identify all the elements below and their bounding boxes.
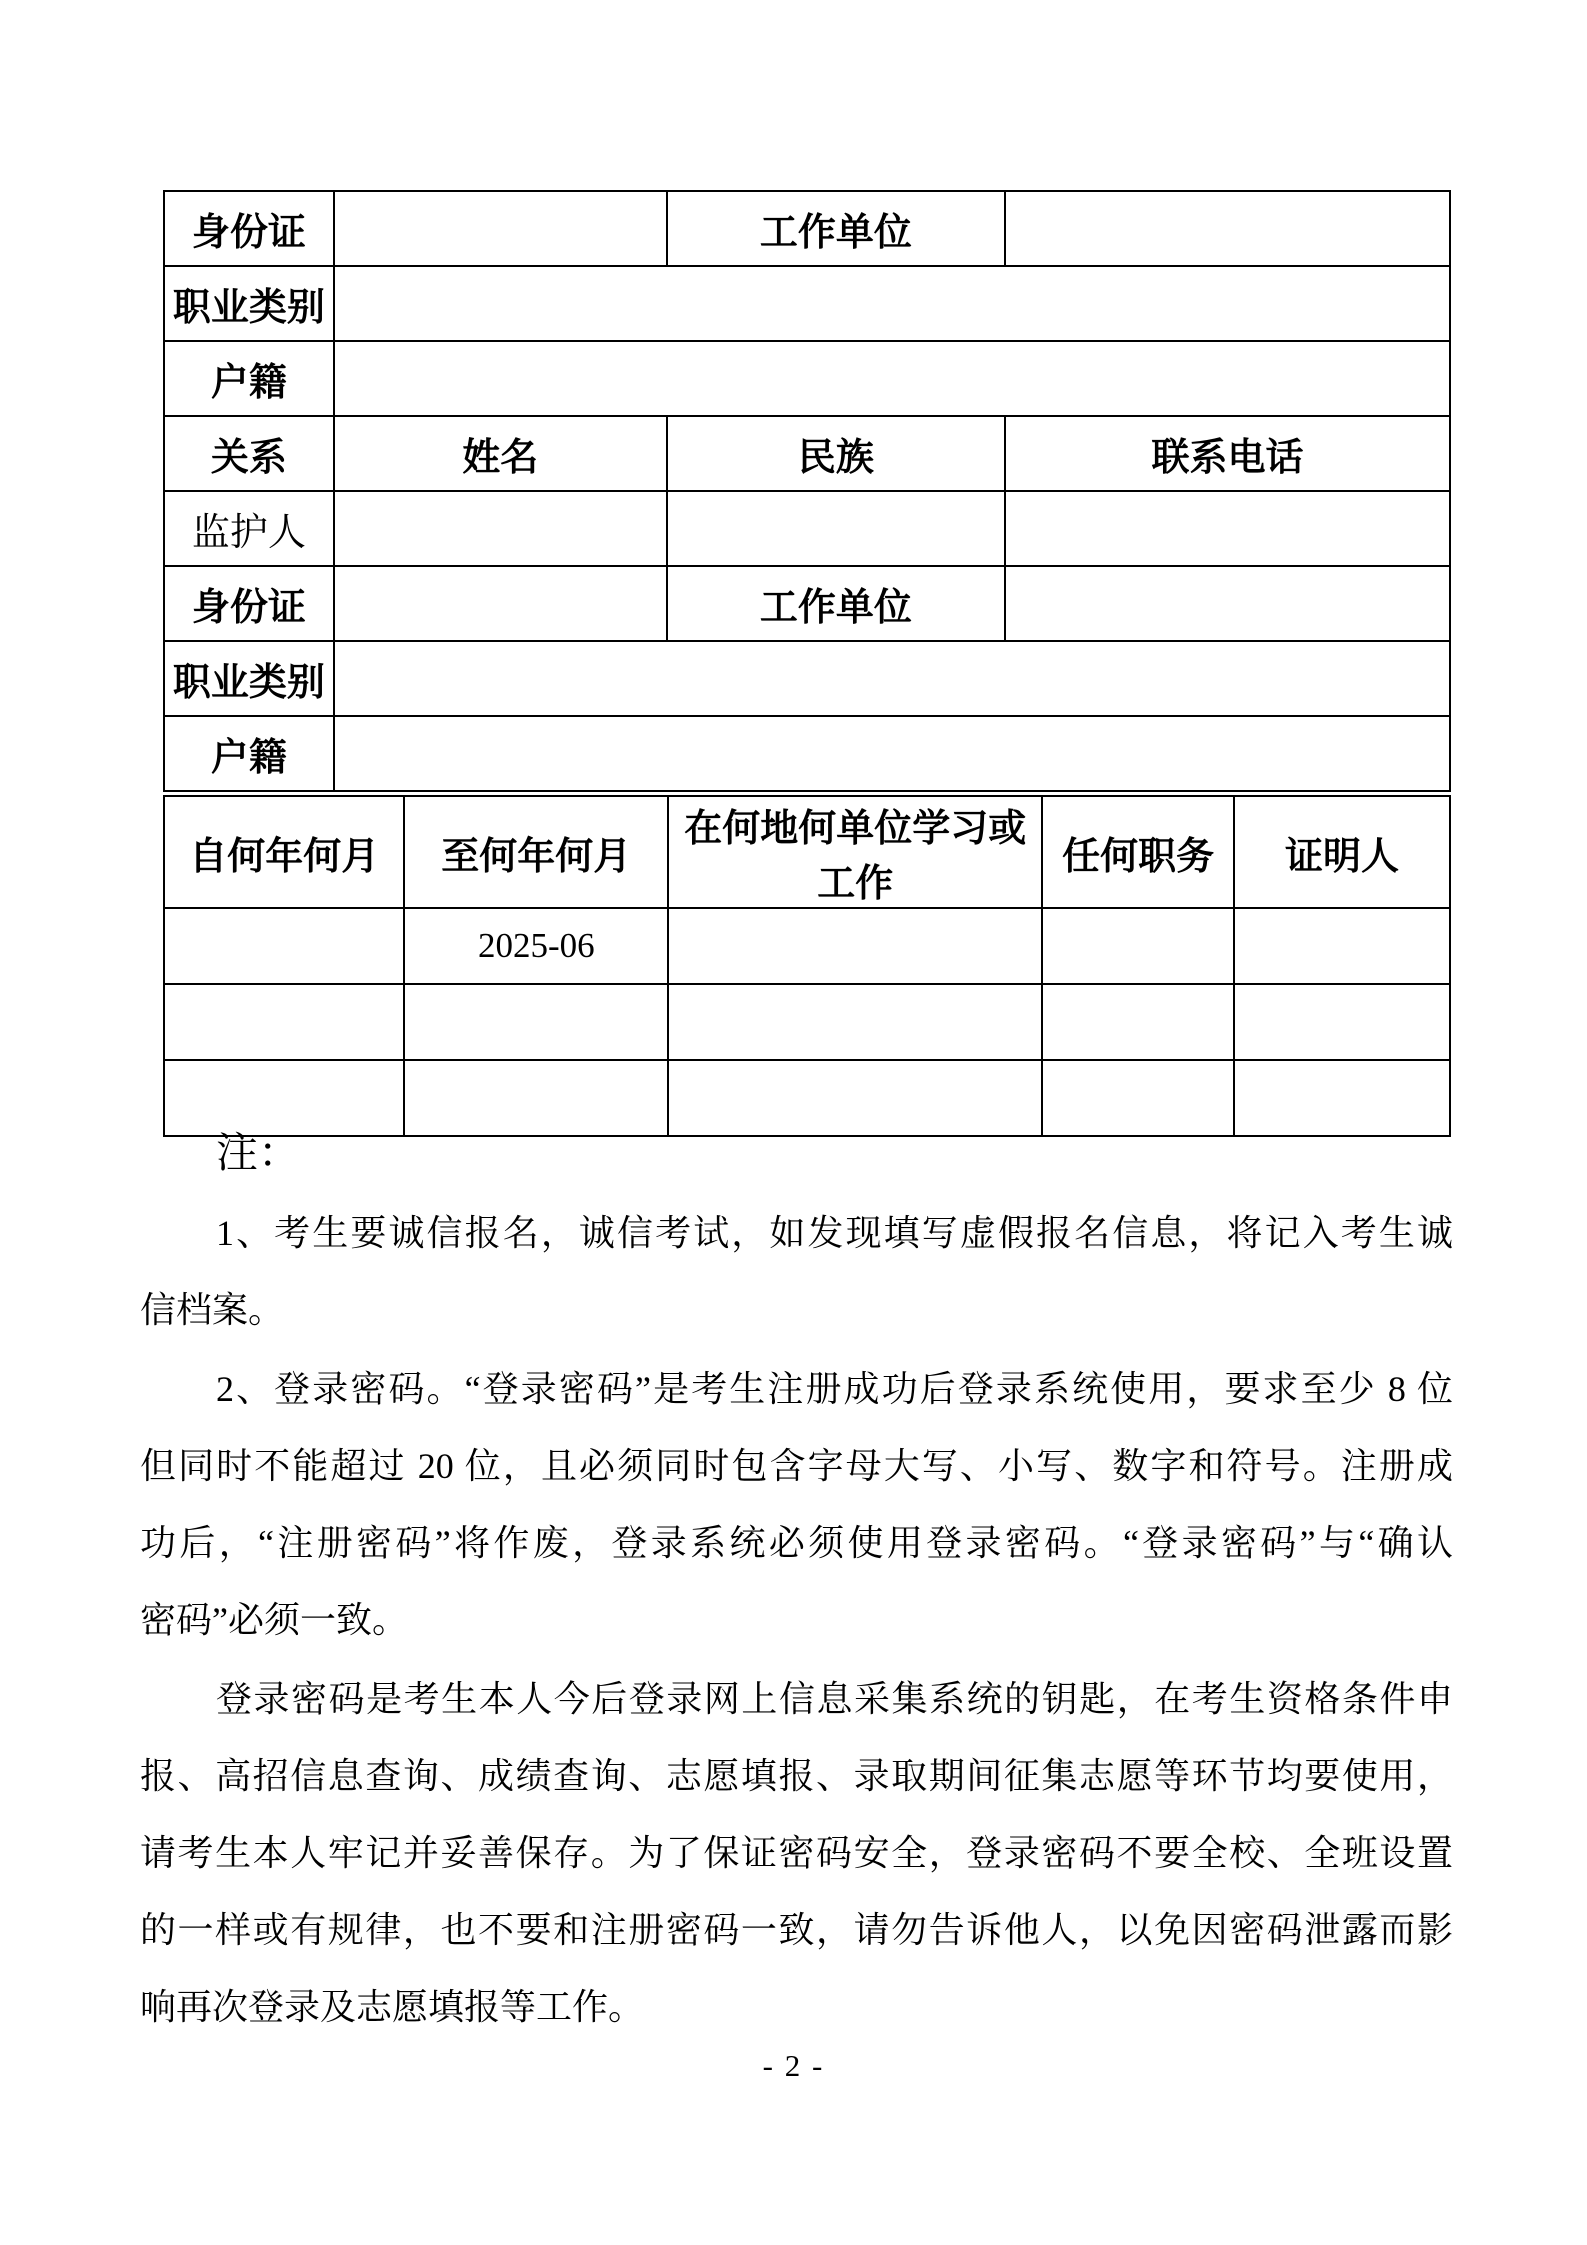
table-row: 户籍	[164, 341, 1450, 416]
study-work-place-cell	[668, 984, 1042, 1060]
note-text-line: 信档案。	[140, 1272, 1453, 1349]
contact-phone-label: 联系电话	[1005, 416, 1450, 491]
guardian-name-cell	[334, 491, 667, 566]
note-text-line: 但同时不能超过 20 位，且必须同时包含字母大写、小写、数字和符号。注册成	[140, 1428, 1453, 1505]
table-row: 监护人	[164, 491, 1450, 566]
from-date-header: 自何年何月	[164, 796, 404, 908]
table-row: 身份证工作单位	[164, 566, 1450, 641]
ethnicity-label: 民族	[667, 416, 1005, 491]
guardian-occupation-type-label: 职业类别	[164, 641, 334, 716]
to-date-value: 2025-06	[404, 908, 668, 984]
document-page: 身份证工作单位职业类别户籍关系姓名民族联系电话监护人身份证工作单位职业类别户籍 …	[0, 0, 1587, 2245]
household-registration-label: 户籍	[164, 341, 334, 416]
name-label: 姓名	[334, 416, 667, 491]
note-text-line: 密码”必须一致。	[140, 1582, 1453, 1659]
study-work-place-cell	[668, 908, 1042, 984]
guardian-work-unit-value-cell	[1005, 566, 1450, 641]
note-text-line: 响再次登录及志愿填报等工作。	[140, 1969, 1453, 2046]
notes-heading: 注：	[140, 1116, 1453, 1193]
id-card-label: 身份证	[164, 191, 334, 266]
guardian-household-registration-value-cell	[334, 716, 1450, 791]
notes-section: 注： 1、考生要诚信报名，诚信考试，如发现填写虚假报名信息，将记入考生诚信档案。…	[140, 1116, 1453, 2046]
table-row: 关系姓名民族联系电话	[164, 416, 1450, 491]
guardian-label: 监护人	[164, 491, 334, 566]
note-paragraph-2: 2、登录密码。“登录密码”是考生注册成功后登录系统使用，要求至少 8 位但同时不…	[140, 1351, 1453, 1659]
note-text-line: 2、登录密码。“登录密码”是考生注册成功后登录系统使用，要求至少 8 位	[140, 1351, 1453, 1428]
study-work-place-header: 在何地何单位学习或工作	[668, 796, 1042, 908]
study-work-history-table: 自何年何月至何年何月在何地何单位学习或工作任何职务证明人2025-06	[163, 795, 1451, 1137]
candidate-family-info-table: 身份证工作单位职业类别户籍关系姓名民族联系电话监护人身份证工作单位职业类别户籍	[163, 190, 1451, 792]
from-date-cell	[164, 984, 404, 1060]
note-text-line: 的一样或有规律，也不要和注册密码一致，请勿告诉他人，以免因密码泄露而影	[140, 1892, 1453, 1969]
reference-cell	[1234, 908, 1450, 984]
occupation-type-value-cell	[334, 266, 1450, 341]
from-date-cell	[164, 908, 404, 984]
position-header: 任何职务	[1042, 796, 1234, 908]
note-text-line: 功后，“注册密码”将作废，登录系统必须使用登录密码。“登录密码”与“确认	[140, 1505, 1453, 1582]
position-cell	[1042, 908, 1234, 984]
table-row: 职业类别	[164, 266, 1450, 341]
guardian-phone-cell	[1005, 491, 1450, 566]
table-row: 自何年何月至何年何月在何地何单位学习或工作任何职务证明人	[164, 796, 1450, 908]
occupation-type-label: 职业类别	[164, 266, 334, 341]
note-text-line: 登录密码是考生本人今后登录网上信息采集系统的钥匙，在考生资格条件申	[140, 1661, 1453, 1738]
reference-header: 证明人	[1234, 796, 1450, 908]
guardian-household-registration-label: 户籍	[164, 716, 334, 791]
reference-cell	[1234, 984, 1450, 1060]
id-card-value-cell	[334, 191, 667, 266]
work-unit-label: 工作单位	[667, 191, 1005, 266]
household-registration-value-cell	[334, 341, 1450, 416]
to-date-header: 至何年何月	[404, 796, 668, 908]
guardian-ethnicity-cell	[667, 491, 1005, 566]
guardian-id-card-value-cell	[334, 566, 667, 641]
table-row: 职业类别	[164, 641, 1450, 716]
relation-label: 关系	[164, 416, 334, 491]
note-text-line: 报、高招信息查询、成绩查询、志愿填报、录取期间征集志愿等环节均要使用，	[140, 1738, 1453, 1815]
work-unit-value-cell	[1005, 191, 1450, 266]
note-text-line: 请考生本人牢记并妥善保存。为了保证密码安全，登录密码不要全校、全班设置	[140, 1815, 1453, 1892]
position-cell	[1042, 984, 1234, 1060]
note-paragraph-3: 登录密码是考生本人今后登录网上信息采集系统的钥匙，在考生资格条件申报、高招信息查…	[140, 1661, 1453, 2046]
to-date-cell	[404, 984, 668, 1060]
page-number: - 2 -	[0, 2048, 1587, 2084]
guardian-work-unit-label: 工作单位	[667, 566, 1005, 641]
guardian-id-card-label: 身份证	[164, 566, 334, 641]
table-row: 户籍	[164, 716, 1450, 791]
table-row: 身份证工作单位	[164, 191, 1450, 266]
guardian-occupation-type-value-cell	[334, 641, 1450, 716]
note-text-line: 1、考生要诚信报名，诚信考试，如发现填写虚假报名信息，将记入考生诚	[140, 1195, 1453, 1272]
table-row	[164, 984, 1450, 1060]
note-paragraph-1: 1、考生要诚信报名，诚信考试，如发现填写虚假报名信息，将记入考生诚信档案。	[140, 1195, 1453, 1349]
table-row: 2025-06	[164, 908, 1450, 984]
